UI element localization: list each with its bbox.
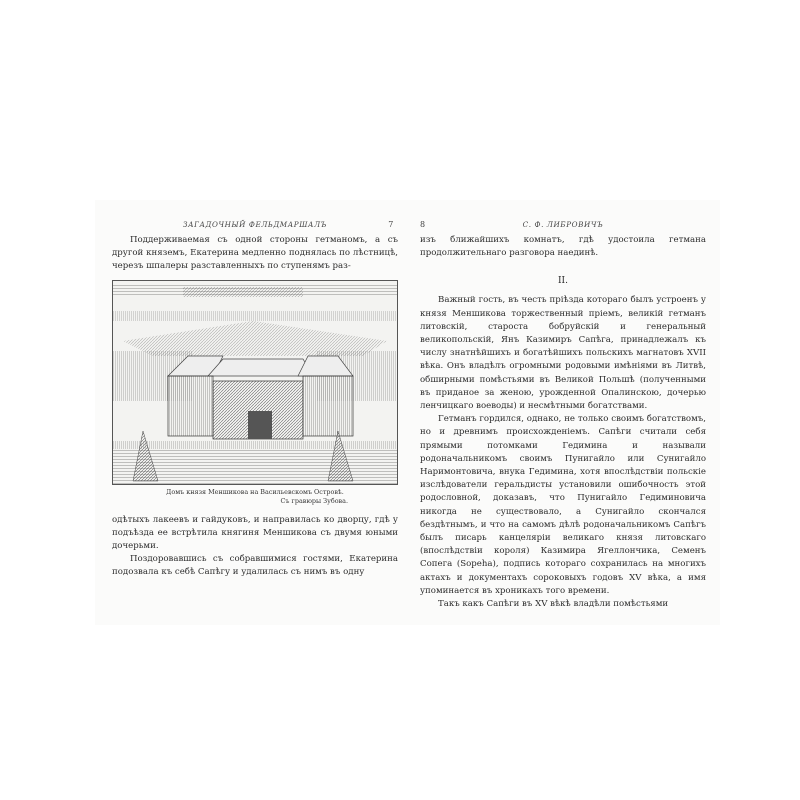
paragraph: Важный гость, въ честь прiѣзда котораго … [420,294,706,413]
running-head-title: ЗАГАДОЧНЫЙ ФЕЛЬДМАРШАЛЪ [112,220,398,229]
paragraph: Такъ какъ Сапѣги въ XV вѣкѣ владѣли помѣ… [420,598,706,611]
caption-text: Домъ князя Меншикова на Васильевскомъ Ос… [166,488,344,496]
paragraph: Поддерживаемая съ одной стороны гетманом… [112,234,398,274]
paragraph: изъ ближайшихъ комнатъ, гдѣ удостоила ге… [420,234,706,260]
running-head-right: 8 С. Ф. ЛИБРОВИЧЪ [420,220,706,234]
running-head-left: ЗАГАДОЧНЫЙ ФЕЛЬДМАРШАЛЪ 7 [112,220,398,234]
caption-credit: Съ гравюры Зубова. [112,497,398,506]
page-number: 7 [388,220,394,229]
engraving-palace-illustration-icon [112,280,398,485]
paragraph: одѣтыхъ лакеевъ и гайдуковъ, и направила… [112,514,398,554]
figure-caption: Домъ князя Меншикова на Васильевскомъ Ос… [112,488,398,506]
paragraph: Поздоровавшись съ собравшимися гостями, … [112,553,398,579]
right-page: 8 С. Ф. ЛИБРОВИЧЪ изъ ближайшихъ комнатъ… [420,220,706,611]
figure: Домъ князя Меншикова на Васильевскомъ Ос… [112,280,398,506]
running-head-title: С. Ф. ЛИБРОВИЧЪ [420,220,706,229]
paragraph: Гетманъ гордился, однако, не только свои… [420,413,706,598]
left-page: ЗАГАДОЧНЫЙ ФЕЛЬДМАРШАЛЪ 7 Поддерживаемая… [112,220,398,580]
section-number: II. [420,276,706,286]
